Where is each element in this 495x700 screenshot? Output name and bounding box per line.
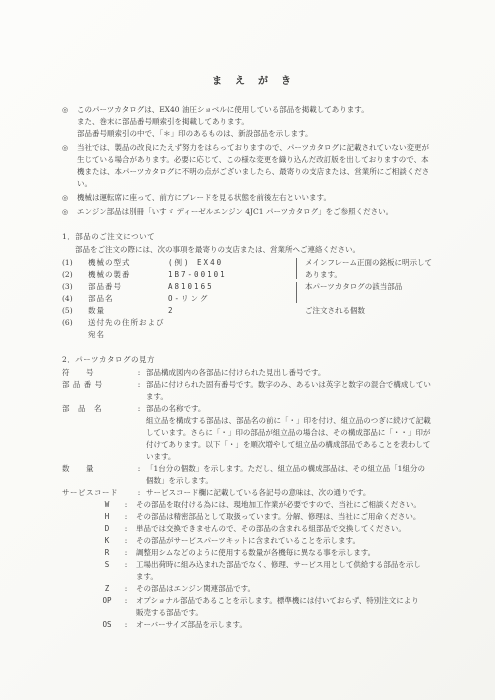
colon-separator: :: [116, 595, 136, 619]
text-line: 販売する部品です。: [136, 607, 441, 619]
text-line: エンジン部品は別冊「いすゞ ディーゼルエンジン 4JC1 パーツカタログ」をご参…: [77, 206, 441, 218]
text-line: その部品を取付ける為には、現地加工作業が必要ですので、当社にご相談ください。: [136, 499, 441, 511]
colon-separator: :: [116, 559, 136, 583]
item-number: (2): [62, 269, 88, 281]
service-code-row: D : 単品では交換できませんので、その部品の含まれる組部品で交換してください。: [62, 523, 441, 535]
text-line: メインフレーム正面の銘板に明示して: [305, 257, 432, 269]
service-code-row: W : その部品を取付ける為には、現地加工作業が必要ですので、当社にご相談くださ…: [62, 499, 441, 511]
colon-separator: :: [132, 403, 146, 463]
term-label: 数 量: [62, 463, 132, 487]
colon-separator: :: [116, 547, 136, 559]
item-value: (例) EX40: [168, 257, 296, 269]
item-label: 送付先の住所および宛名: [88, 317, 168, 341]
preface-bullet-3: ◎ 機械は運転席に座って、前方にブレードを見る状態を前後左右といいます。: [62, 192, 441, 204]
colon-separator: :: [116, 535, 136, 547]
text-line: オプショナル部品であることを示します。標準機には付いておらず、特別注文により: [136, 595, 441, 607]
service-code: R: [98, 547, 116, 559]
text-line: 部品の名称です。: [146, 403, 441, 415]
colon-separator: :: [132, 367, 146, 379]
section1-intro: 部品をご注文の際には、次の事項を最寄りの支店または、営業所へご連絡ください。: [62, 244, 441, 256]
service-code: OP: [98, 595, 116, 619]
ordering-section: 1．部品のご注文について 部品をご注文の際には、次の事項を最寄りの支店または、営…: [62, 231, 441, 341]
colon-separator: :: [132, 379, 146, 403]
item-label: 機械の型式: [88, 257, 168, 269]
service-code-row: R : 調整用シムなどのように使用する数量が各機毎に異なる事を示します。: [62, 547, 441, 559]
service-code-row: OP : オプショナル部品であることを示します。標準機には付いておらず、特別注文…: [62, 595, 441, 619]
item-number: (1): [62, 257, 88, 269]
colon-separator: :: [132, 487, 146, 499]
text-line: 本パーツカタログの該当部品: [305, 281, 402, 293]
item-number: (3): [62, 281, 88, 293]
service-code: D: [98, 523, 116, 535]
item-value: [168, 317, 296, 341]
text-line: 付けてあります。以下「・」を順次増やして組立品の構成部品であることを表わして: [146, 439, 441, 451]
service-code: W: [98, 499, 116, 511]
service-code: H: [98, 511, 116, 523]
service-code-row: K : その部品がサービスパーツキットに含まれていることを示します。: [62, 535, 441, 547]
term-label: サービスコード: [62, 487, 132, 499]
service-code-row: Z : その部品はエンジン関連部品です。: [62, 583, 441, 595]
text-line: ご注文される個数: [305, 305, 365, 317]
term-row: 符 号 : 部品構成図内の各部品に付けられた見出し番号です。: [62, 367, 441, 379]
item-annotation: ご注文される個数: [305, 305, 365, 317]
service-code-row: OS : オーバーサイズ部品を示します。: [62, 619, 441, 631]
text-line: 組立品を構成する部品は、部品名の前に「・」印を付け、組立品のつぎに続けて記載: [146, 415, 441, 427]
text-line: 部品構成図内の各部品に付けられた見出し番号です。: [146, 367, 441, 379]
text-line: 生じている場合があります。必要に応じて、この様な変更を織り込んだ改訂版を出してお…: [77, 154, 441, 166]
text-line: また、巻末に部品番号順索引を掲載してあります。: [77, 116, 441, 128]
text-line: しています。さらに「・」印の部品が組立品の場合は、その構成部品に「・・」印が: [146, 427, 441, 439]
term-label: 部 品 名: [62, 403, 132, 463]
text-line: このパーツカタログは、EX40 油圧ショベルに使用している部品を掲載してあります…: [77, 104, 441, 116]
bullet-icon: ◎: [62, 206, 77, 218]
text-line: ます。: [146, 391, 441, 403]
service-code: K: [98, 535, 116, 547]
text-line: 当社では、製品の改良にたえず努力をはらっておりますので、パーツカタログに記載され…: [77, 142, 441, 154]
bullet-icon: ◎: [62, 142, 77, 190]
item-label: 数量: [88, 305, 168, 317]
item-number: (6): [62, 317, 88, 341]
item-value: 2: [168, 305, 296, 317]
text-line: 「1台分の個数」を示します。ただし、組立品の構成部品は、その組立品「1組分の: [146, 463, 441, 475]
bullet-icon: ◎: [62, 104, 77, 140]
section1-heading: 1．部品のご注文について: [62, 231, 441, 243]
term-row: 部 品 名 : 部品の名称です。 組立品を構成する部品は、部品名の前に「・」印を…: [62, 403, 441, 463]
item-number: (4): [62, 293, 88, 305]
item-value: A810165: [168, 281, 296, 293]
section2-heading: 2．パーツカタログの見方: [62, 354, 441, 366]
text-line: い。: [77, 178, 441, 190]
preface-bullet-2: ◎ 当社では、製品の改良にたえず努力をはらっておりますので、パーツカタログに記載…: [62, 142, 441, 190]
order-items-list: (1) 機械の型式 (例) EX40 (2) 機械の製番 1B7-00101 (…: [62, 257, 441, 341]
colon-separator: :: [116, 523, 136, 535]
preface-bullet-1: ◎ このパーツカタログは、EX40 油圧ショベルに使用している部品を掲載してあり…: [62, 104, 441, 140]
bullet-icon: ◎: [62, 192, 77, 204]
colon-separator: :: [116, 499, 136, 511]
preface-bullet-4: ◎ エンジン部品は別冊「いすゞ ディーゼルエンジン 4JC1 パーツカタログ」を…: [62, 206, 441, 218]
text-line: 部品に付けられた固有番号です。数字のみ、あるいは英字と数字の混合で構成してい: [146, 379, 441, 391]
service-code: OS: [98, 619, 116, 631]
text-line: 工場出荷時に組み込まれた部品でなく、修理、サービス用として供給する部品を示し: [136, 559, 441, 571]
page-title: まえがき: [62, 76, 441, 88]
text-line: その部品は精密部品として取扱っています。分解、修理は、当社にご用命ください。: [136, 511, 441, 523]
colon-separator: :: [116, 583, 136, 595]
service-code-row: H : その部品は精密部品として取扱っています。分解、修理は、当社にご用命くださ…: [62, 511, 441, 523]
text-line: オーバーサイズ部品を示します。: [136, 619, 441, 631]
text-line: 単品では交換できませんので、その部品の含まれる組部品で交換してください。: [136, 523, 441, 535]
term-label: 部 品 番 号: [62, 379, 132, 403]
service-code: Z: [98, 583, 116, 595]
service-code-row: S : 工場出荷時に組み込まれた部品でなく、修理、サービス用として供給する部品を…: [62, 559, 441, 583]
text-line: その部品がサービスパーツキットに含まれていることを示します。: [136, 535, 441, 547]
item-label: 部品番号: [88, 281, 168, 293]
document-page: まえがき ◎ このパーツカタログは、EX40 油圧ショベルに使用している部品を掲…: [0, 0, 495, 700]
term-row: サービスコード : サービスコード欄に記載している各記号の意味は、次の通りです。: [62, 487, 441, 499]
term-row: 数 量 : 「1台分の個数」を示します。ただし、組立品の構成部品は、その組立品「…: [62, 463, 441, 487]
text-line: その部品はエンジン関連部品です。: [136, 583, 441, 595]
group-bracket-line: [296, 258, 297, 279]
text-line: ます。: [136, 571, 441, 583]
text-line: あります。: [305, 269, 432, 281]
text-line: 個数」を示します。: [146, 475, 441, 487]
colon-separator: :: [132, 463, 146, 487]
group-bracket-line: [296, 282, 297, 303]
legend-section: 2．パーツカタログの見方 符 号 : 部品構成図内の各部品に付けられた見出し番号…: [62, 354, 441, 631]
order-item: (4) 部品名 O-リング: [62, 293, 441, 305]
text-line: サービスコード欄に記載している各記号の意味は、次の通りです。: [146, 487, 441, 499]
item-annotation: 本パーツカタログの該当部品: [305, 281, 402, 293]
item-number: (5): [62, 305, 88, 317]
colon-separator: :: [116, 511, 136, 523]
item-value: 1B7-00101: [168, 269, 296, 281]
text-line: 部品番号順索引の中で、「＊」印のあるものは、新設部品を示します。: [77, 128, 441, 140]
text-line: 機械は運転席に座って、前方にブレードを見る状態を前後左右といいます。: [77, 192, 441, 204]
text-line: 調整用シムなどのように使用する数量が各機毎に異なる事を示します。: [136, 547, 441, 559]
item-annotation: メインフレーム正面の銘板に明示して あります。: [305, 257, 432, 281]
text-line: 機または、本パーツカタログに不明の点がございましたら、最寄りの支店または、営業所…: [77, 166, 441, 178]
term-label: 符 号: [62, 367, 132, 379]
order-item: (6) 送付先の住所および宛名: [62, 317, 441, 341]
text-line: います。: [146, 451, 441, 463]
item-label: 機械の製番: [88, 269, 168, 281]
service-code: S: [98, 559, 116, 583]
colon-separator: :: [116, 619, 136, 631]
item-value: O-リング: [168, 293, 296, 305]
order-item: (5) 数量 2: [62, 305, 441, 317]
term-row: 部 品 番 号 : 部品に付けられた固有番号です。数字のみ、あるいは英字と数字の…: [62, 379, 441, 403]
preface-section: ◎ このパーツカタログは、EX40 油圧ショベルに使用している部品を掲載してあり…: [62, 104, 441, 218]
item-label: 部品名: [88, 293, 168, 305]
